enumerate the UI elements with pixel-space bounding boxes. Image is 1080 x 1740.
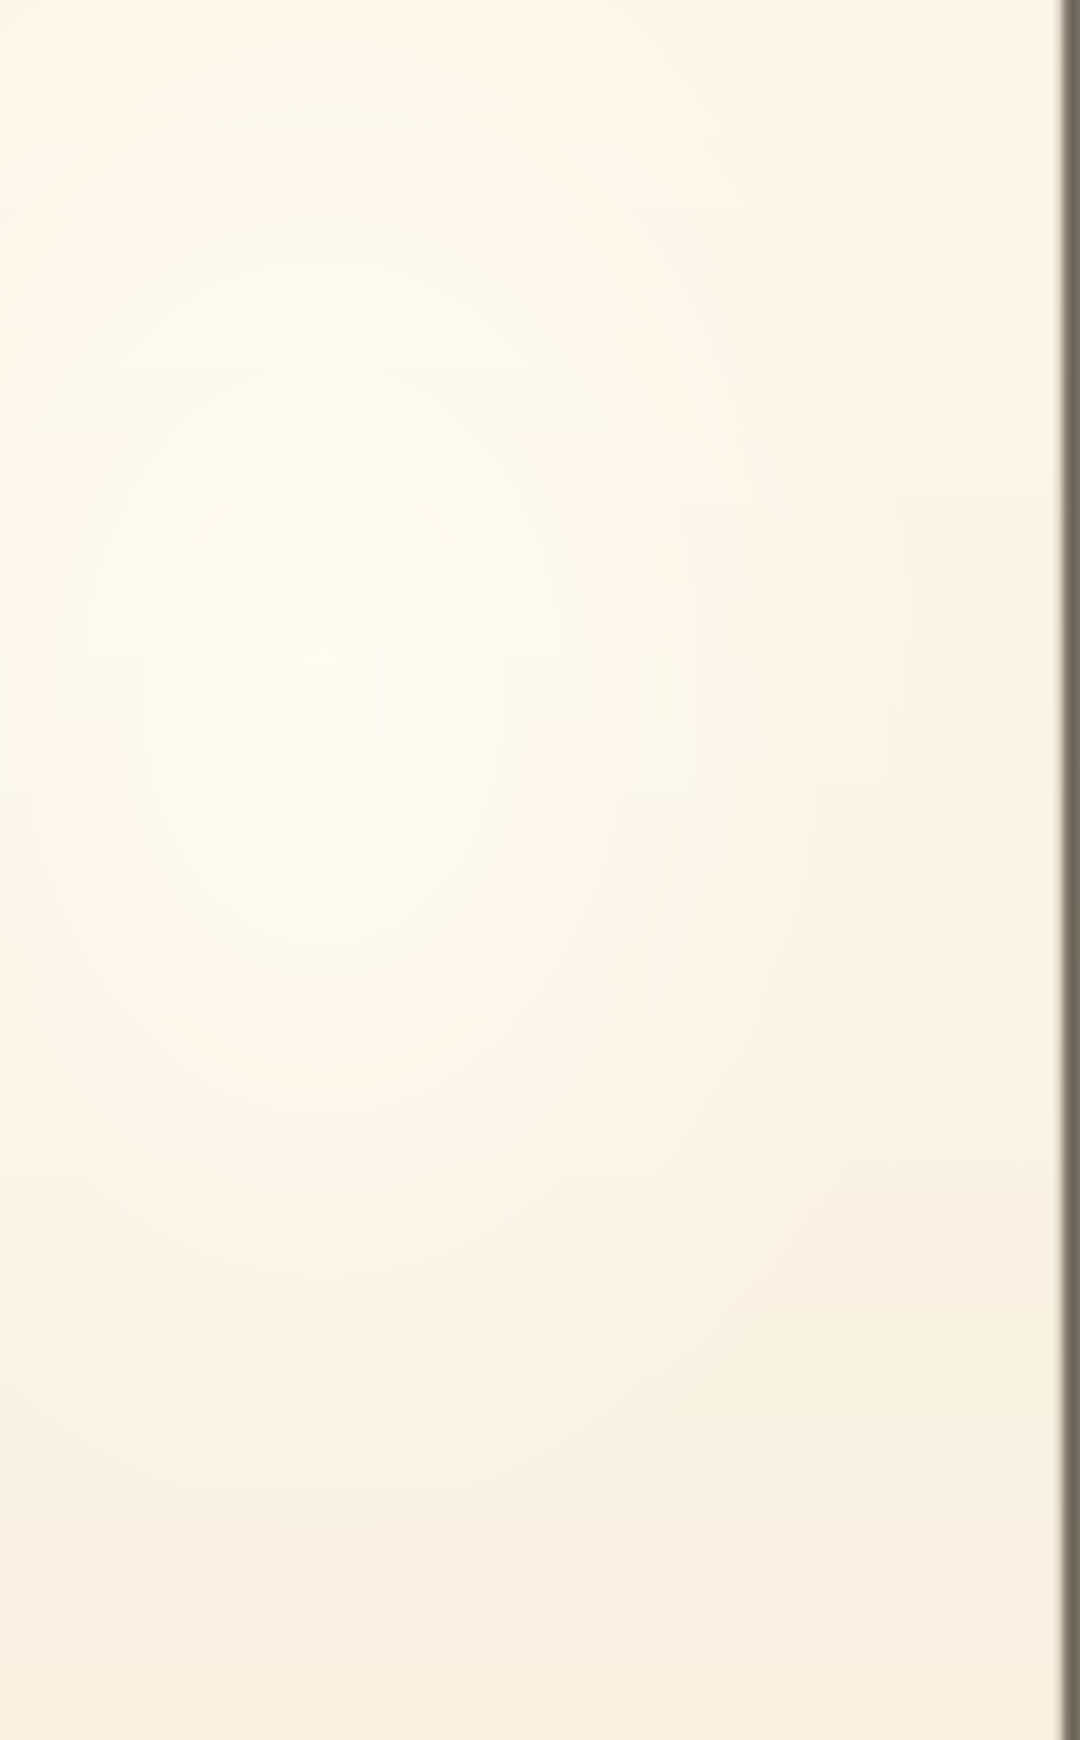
- page-edge-shadow: [1052, 0, 1080, 1740]
- blank-page: [0, 0, 1080, 1740]
